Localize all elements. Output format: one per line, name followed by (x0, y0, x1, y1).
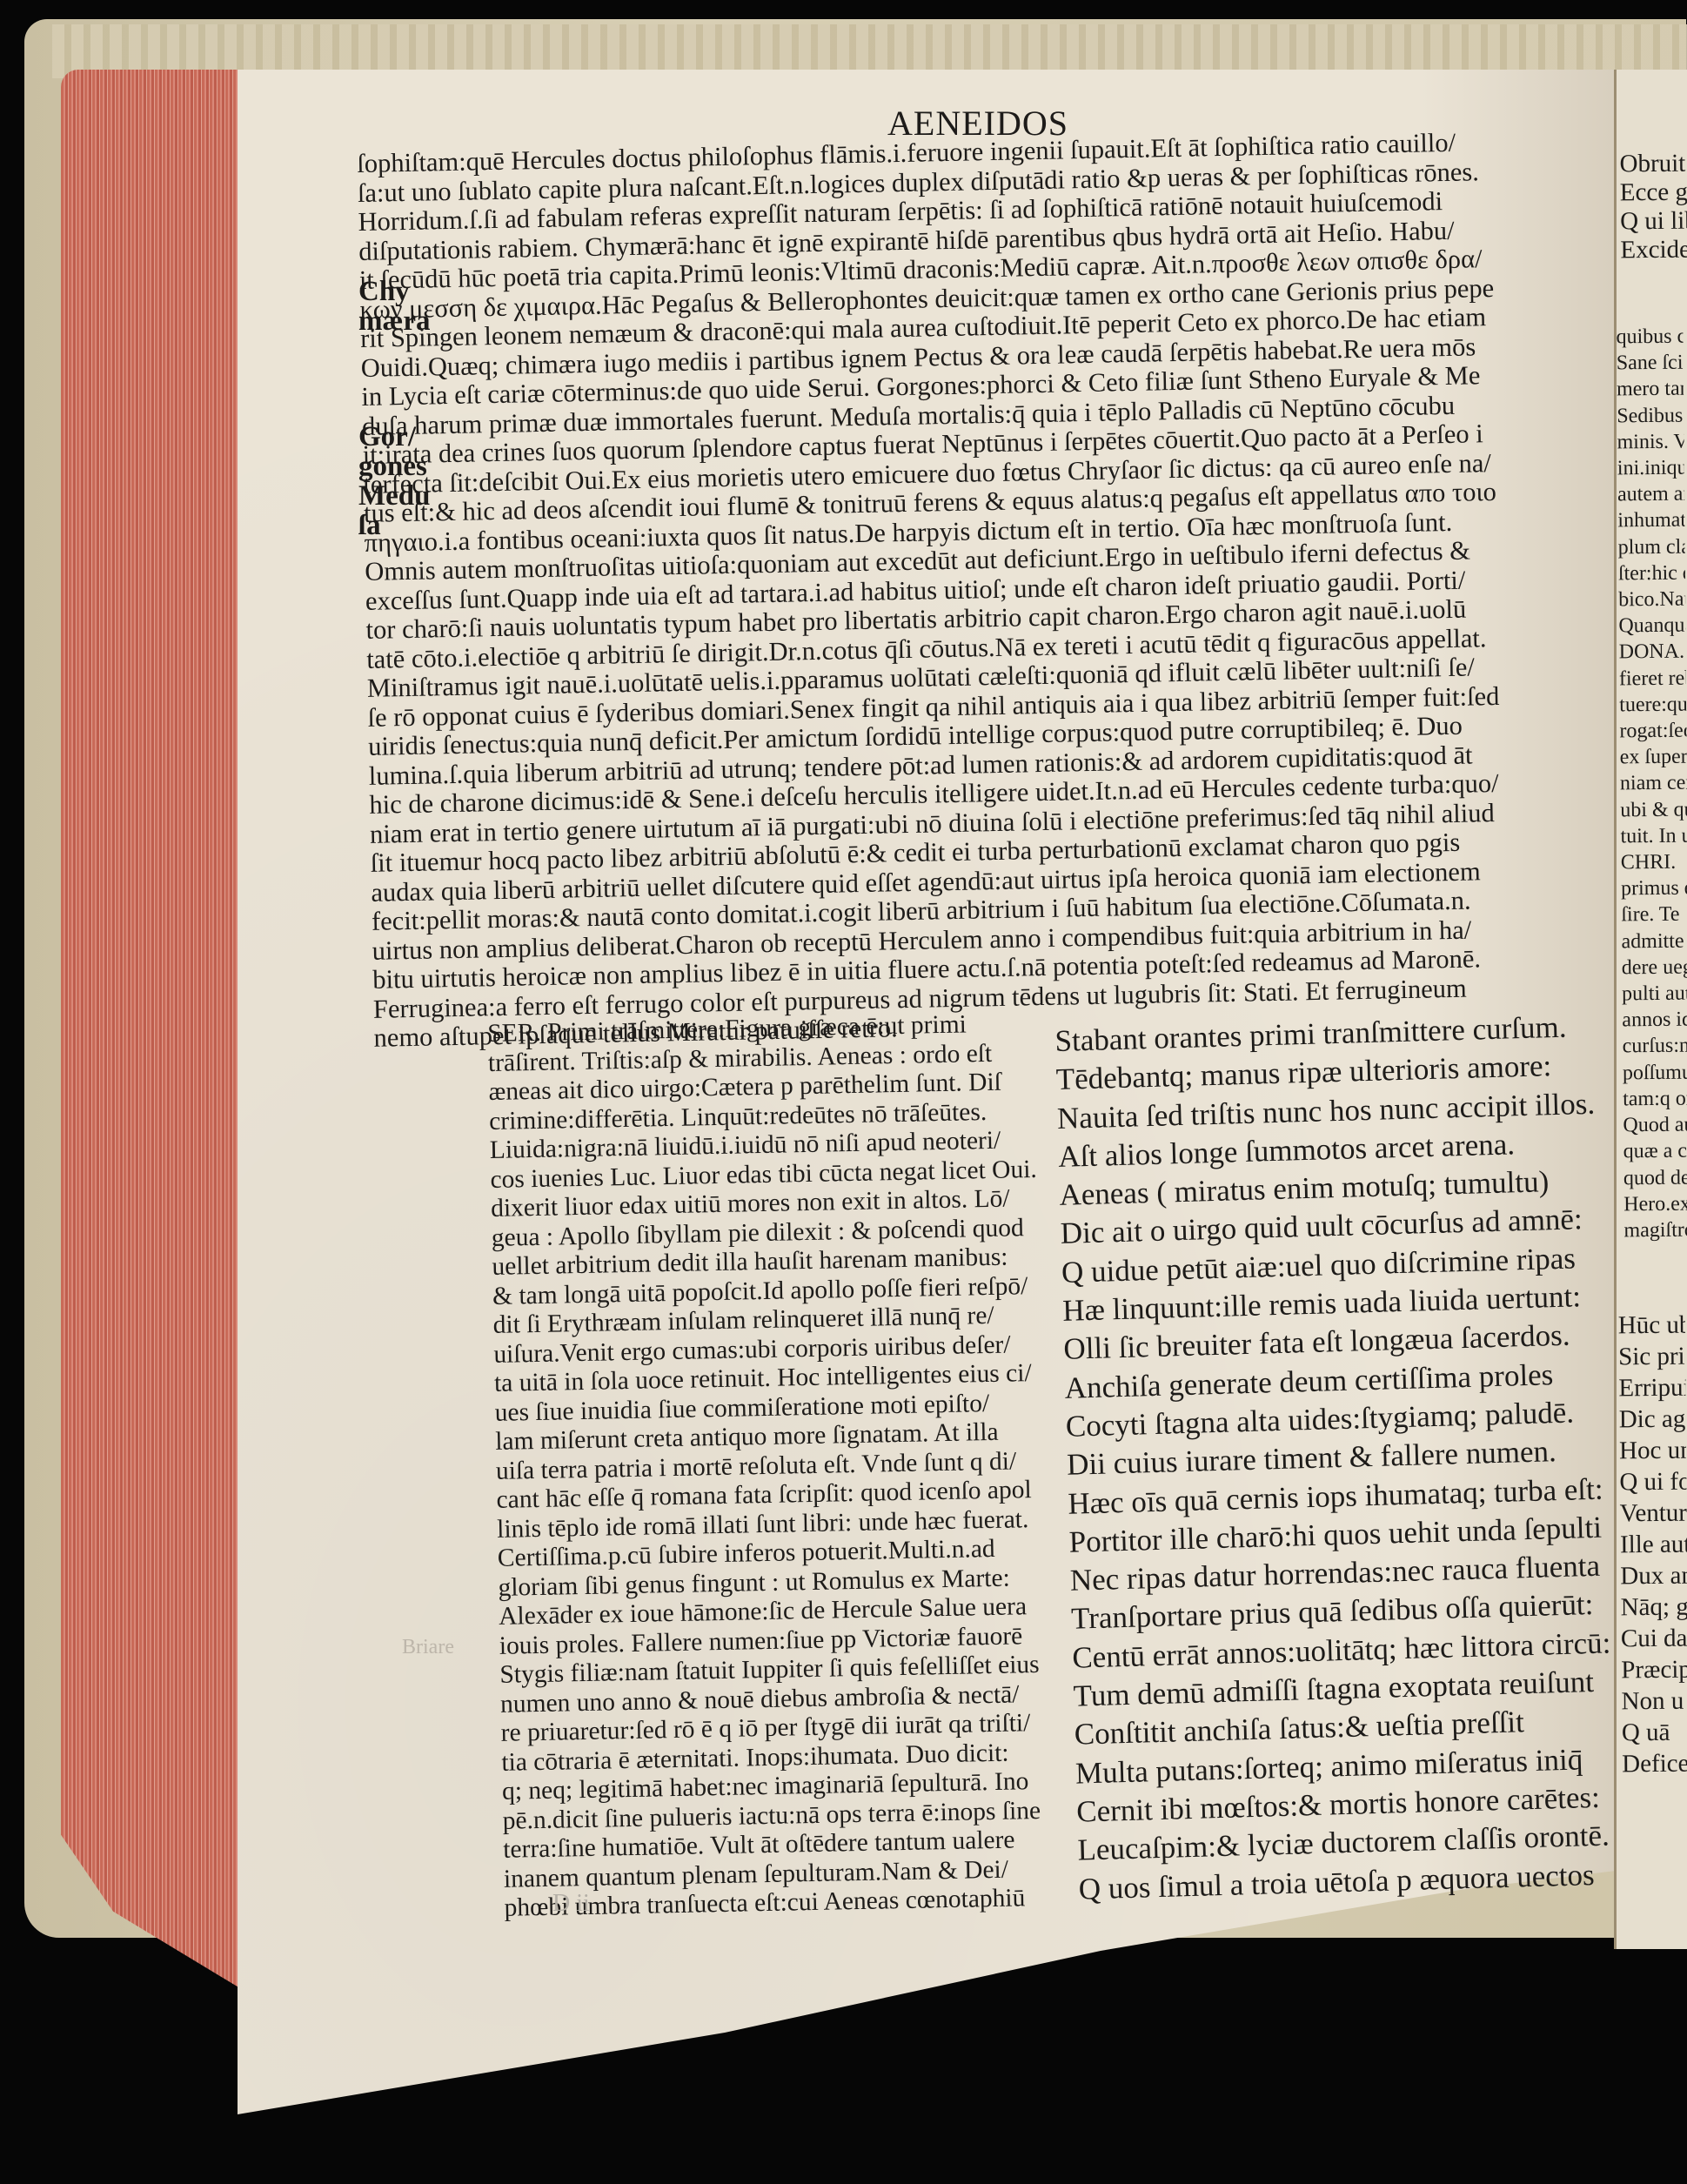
facing-commentary-line: quibus co (1616, 324, 1683, 351)
show-through-offset: Briare (402, 1636, 454, 1659)
facing-verse-line: Dux an (1620, 1560, 1687, 1592)
facing-commentary-line: curſus:na (1623, 1033, 1687, 1060)
commentary-top-block: ſophiſtam:quē Hercules doctus philoſophu… (357, 125, 1627, 1053)
facing-verse-line: Ille aute (1620, 1529, 1687, 1561)
facing-commentary-line: autem ani (1617, 481, 1684, 508)
verse-column: Stabant orantes primi tranſmittere curſu… (1054, 1008, 1618, 1909)
facing-verse-line: Q ui lib (1620, 207, 1687, 237)
facing-commentary-line: tam:q or (1623, 1086, 1687, 1113)
facing-commentary-line: ubi & qua (1620, 796, 1687, 823)
facing-page-commentary: quibus coSane ſciēdmero tantSedibus.mini… (1616, 324, 1687, 1244)
facing-verse-line: Obruit a (1619, 150, 1686, 179)
facing-verse-line: Præcip (1621, 1654, 1687, 1686)
facing-commentary-line: mero tant (1617, 376, 1684, 403)
facing-commentary-line: pulti aut (1622, 981, 1687, 1008)
facing-commentary-line: annos ide (1622, 1007, 1687, 1034)
facing-commentary-line: bico.Naui (1618, 586, 1685, 613)
facing-commentary-line: admitte (1621, 928, 1687, 955)
facing-commentary-line: magiſtro (1623, 1217, 1687, 1244)
facing-commentary-line: Quod au (1623, 1112, 1687, 1139)
facing-commentary-line: DONA. (1619, 639, 1686, 666)
facing-commentary-line: ex ſuperfu (1620, 744, 1687, 771)
facing-commentary-line: tuit. In u (1620, 823, 1687, 850)
facing-commentary-line: Hero.ex (1623, 1190, 1687, 1217)
facing-commentary-line: Quanqua (1618, 613, 1685, 640)
facing-verse-line: Sic pric (1618, 1341, 1685, 1373)
facing-verse-line: Hūc ub (1618, 1310, 1685, 1342)
facing-page-verse-bottom: Hūc ubSic pricErripuiDic ageHoc unQ ui f… (1618, 1310, 1687, 1780)
facing-commentary-line: primus e (1621, 875, 1687, 902)
facing-verse-line: Ventur (1620, 1497, 1687, 1530)
facing-verse-line: Defice (1622, 1748, 1687, 1780)
facing-verse-line: Dic age (1619, 1404, 1686, 1436)
facing-commentary-line: minis. V (1617, 428, 1684, 455)
facing-verse-line: Hoc un (1619, 1435, 1686, 1467)
facing-commentary-line: dere ueg (1622, 955, 1687, 981)
facing-commentary-line: niam cern (1620, 770, 1687, 797)
facing-commentary-line: rogat:ſed (1619, 718, 1686, 745)
signature-mark: D ii (552, 1890, 590, 1918)
facing-verse-line: Nāq; g (1620, 1591, 1687, 1624)
facing-commentary-line: plum claſſ (1617, 533, 1684, 560)
facing-commentary-line: Sedibus. (1617, 402, 1684, 429)
facing-commentary-line: CHRI. (1621, 849, 1687, 876)
facing-commentary-line: ſire. Te (1621, 901, 1687, 928)
facing-verse-line: Ecce gul (1620, 178, 1687, 208)
facing-commentary-line: tuere:quia (1619, 692, 1686, 719)
facing-commentary-line: ini.iniqua (1617, 455, 1684, 482)
facing-verse-line: Cui dat (1621, 1623, 1687, 1655)
facing-commentary-line: fieret rebu (1619, 665, 1686, 692)
facing-verse-line: Excidera (1620, 236, 1687, 265)
facing-verse-line: Non u (1621, 1685, 1687, 1718)
facing-commentary-line: ſter:hic di (1618, 560, 1685, 587)
facing-commentary-line: inhumatu (1617, 507, 1684, 534)
facing-commentary-line: poſſumu (1623, 1059, 1687, 1086)
facing-verse-line: Q ui fo (1619, 1466, 1686, 1498)
red-page-edges (61, 70, 240, 1988)
facing-page-verse-top: Obruit aEcce gulQ ui libExcidera (1619, 150, 1687, 265)
facing-commentary-line: quæ a con (1623, 1138, 1687, 1165)
facing-commentary-line: Sane ſciēd (1617, 350, 1684, 377)
facing-commentary-line: quod de (1623, 1164, 1687, 1191)
facing-verse-line: Q uā (1622, 1717, 1687, 1749)
facing-verse-line: Erripui (1618, 1372, 1685, 1404)
commentary-left-column: SER. Primi trāſmittere:Figura græca ē:ut… (487, 1009, 1061, 1924)
